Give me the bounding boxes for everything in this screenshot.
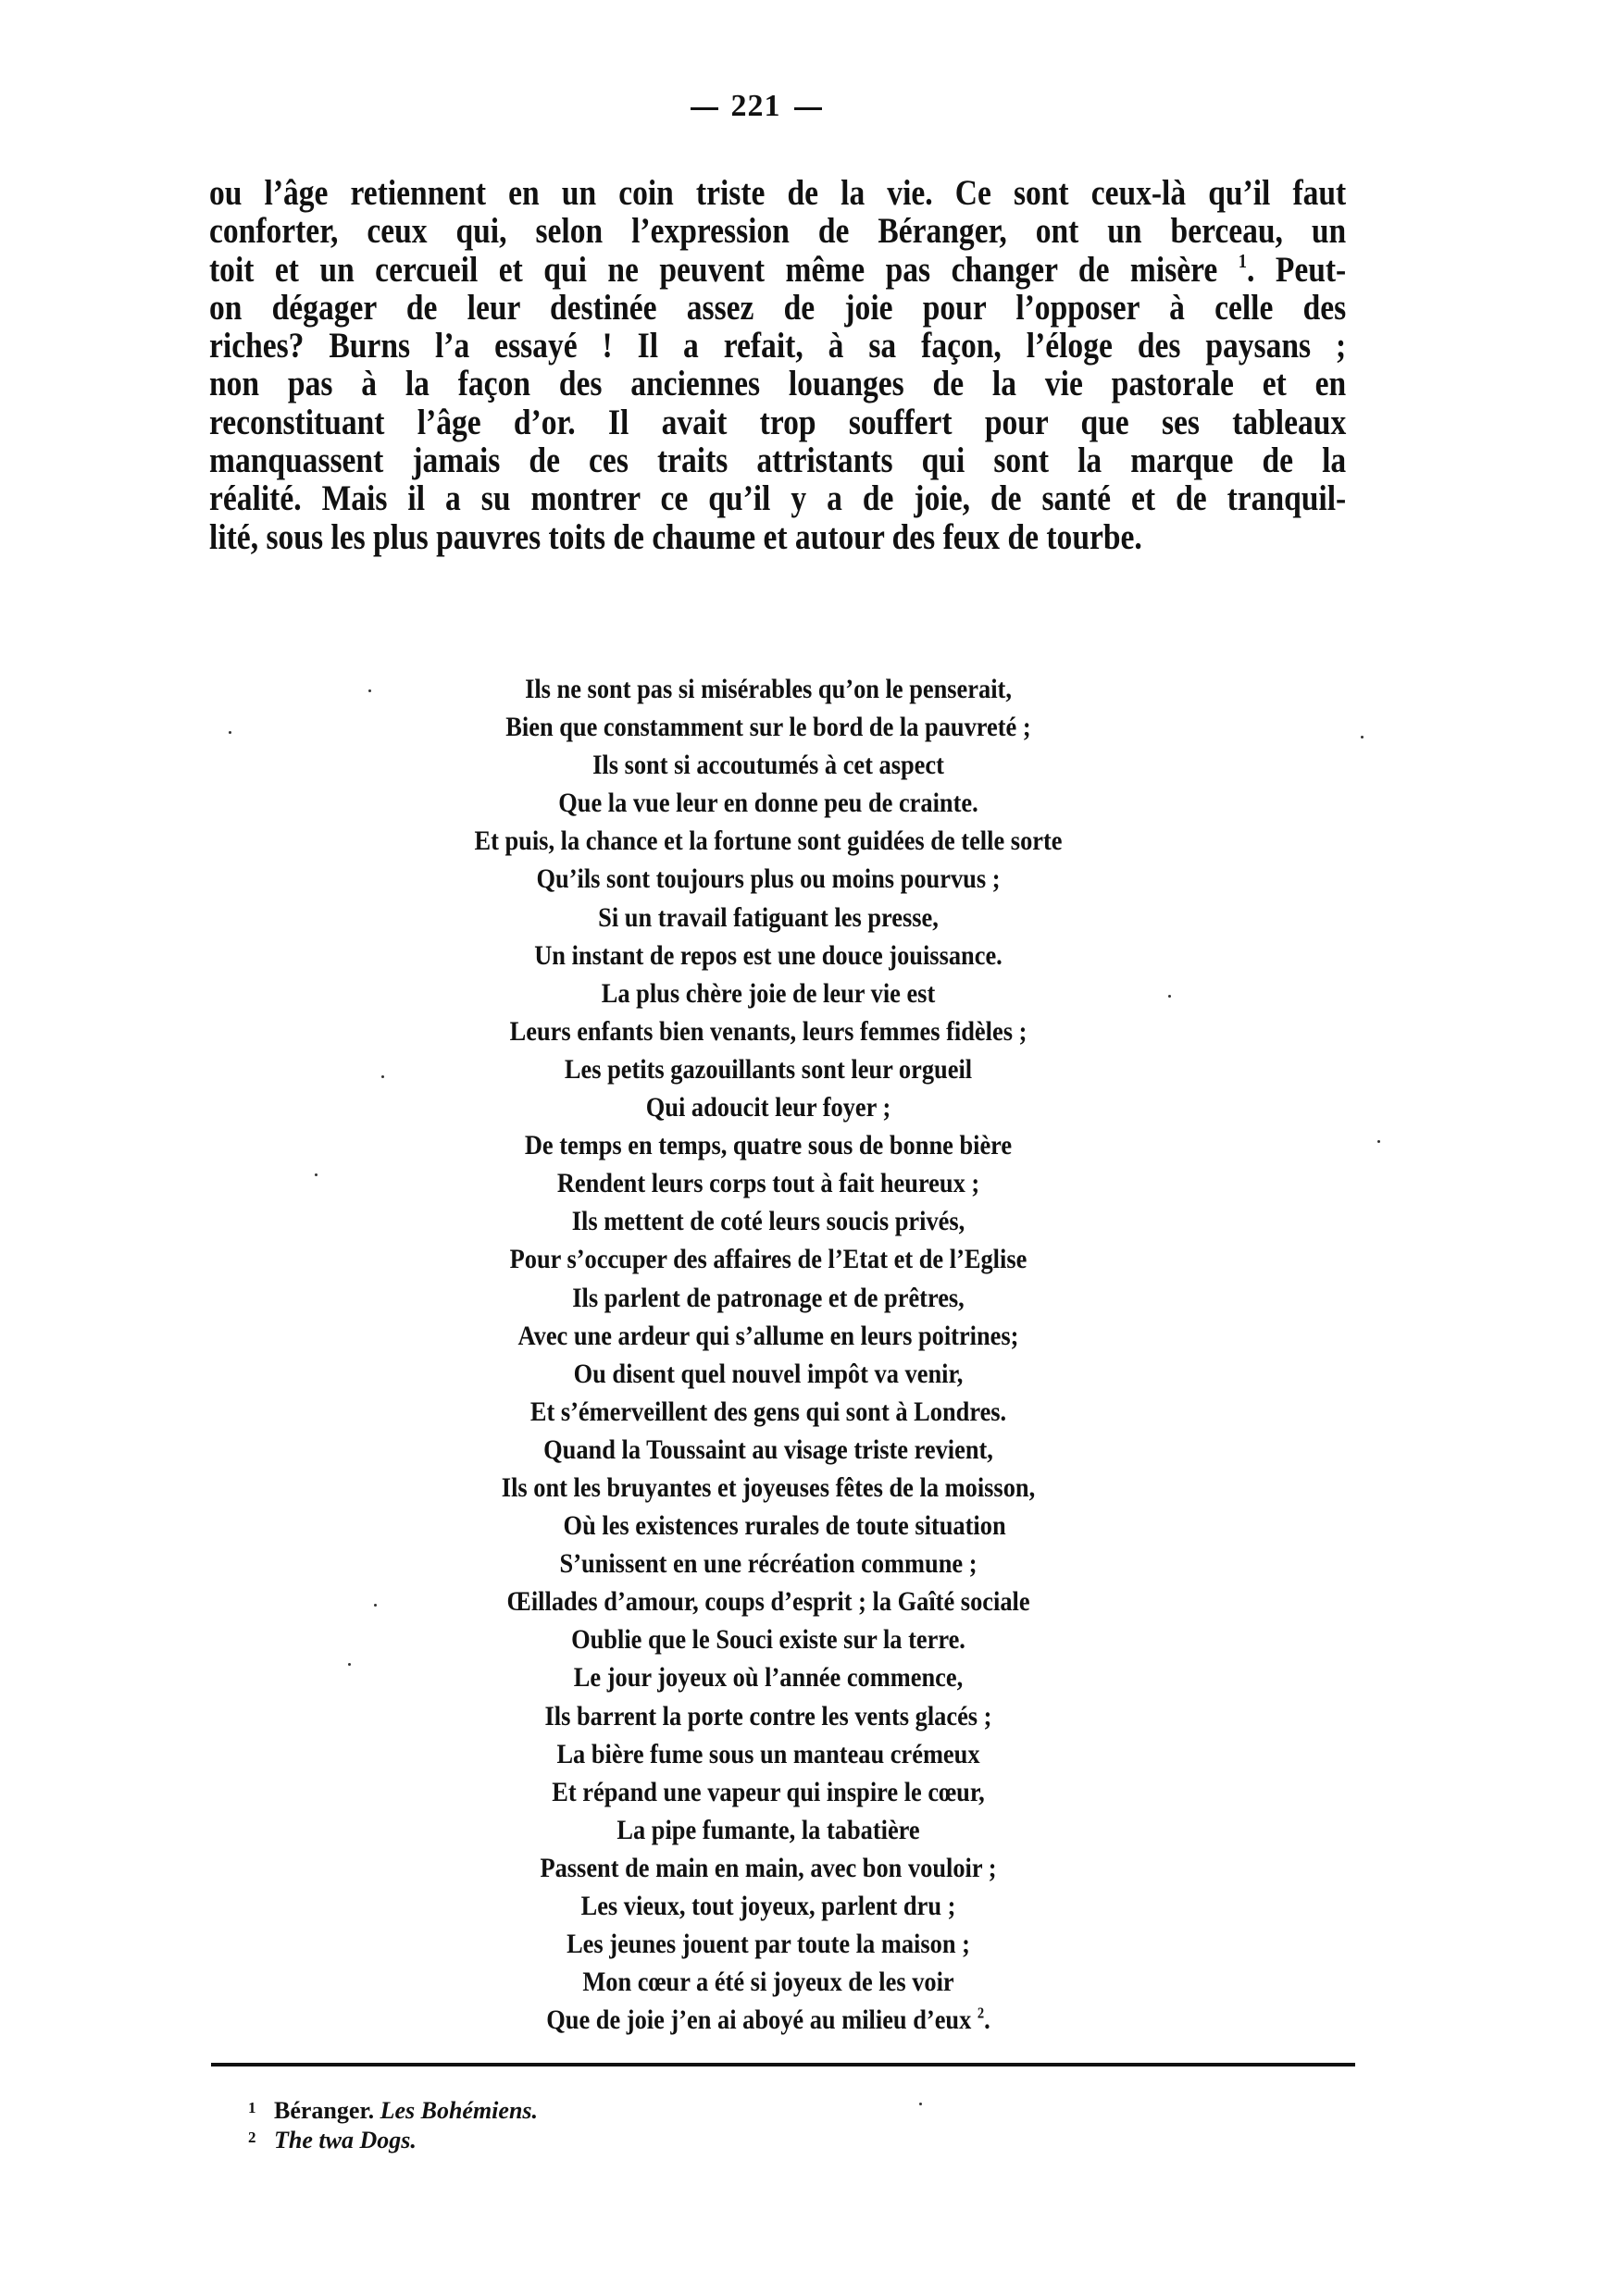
poem-line: Que de joie j’en ai aboyé au milieu d’eu… bbox=[361, 2001, 1176, 2039]
poem-line: Quand la Toussaint au visage triste revi… bbox=[361, 1431, 1176, 1469]
poem-line: Qu’ils sont toujours plus ou moins pourv… bbox=[361, 860, 1176, 898]
poem-line: Ils sont si accoutumés à cet aspect bbox=[361, 746, 1176, 784]
footnotes: 1Béranger. Les Bohémiens. 2The twa Dogs. bbox=[248, 2093, 1266, 2153]
paragraph-line-text: toit et un cercueil et qui ne peuvent mê… bbox=[209, 250, 1217, 290]
poem-line: Leurs enfants bien venants, leurs femmes… bbox=[361, 1012, 1176, 1050]
page-number: 221 bbox=[0, 89, 1565, 124]
footnote-title: Les Bohémiens. bbox=[380, 2097, 538, 2124]
poem-line: La plus chère joie de leur vie est bbox=[361, 974, 1176, 1012]
paragraph-line: lité, sous les plus pauvres toits de cha… bbox=[209, 518, 1346, 556]
poem-line: Si un travail fatiguant les presse, bbox=[361, 899, 1176, 937]
footnote-2: 2The twa Dogs. bbox=[248, 2123, 1266, 2153]
poem-line: Ils parlent de patronage et de prêtres, bbox=[361, 1279, 1176, 1317]
dash-left bbox=[691, 107, 718, 110]
paragraph-line-tail: . Peut- bbox=[1247, 250, 1346, 290]
scan-speck bbox=[1377, 1140, 1380, 1143]
poem-line: Et s’émerveillent des gens qui sont à Lo… bbox=[361, 1393, 1176, 1431]
poem-line: Ou disent quel nouvel impôt va venir, bbox=[361, 1355, 1176, 1393]
footnote-separator-rule bbox=[211, 2063, 1355, 2066]
poem-line: Un instant de repos est une douce jouiss… bbox=[361, 937, 1176, 974]
scan-speck bbox=[374, 1604, 377, 1607]
footnote-ref-2[interactable]: 2 bbox=[978, 2004, 984, 2022]
paragraph-line: non pas à la façon des anciennes louange… bbox=[209, 365, 1346, 403]
footnote-1: 1Béranger. Les Bohémiens. bbox=[248, 2093, 1266, 2123]
poem-line: Mon cœur a été si joyeux de les voir bbox=[361, 1963, 1176, 2001]
poem-line: Les jeunes jouent par toute la maison ; bbox=[361, 1925, 1176, 1963]
footnote-title: The twa Dogs. bbox=[274, 2127, 417, 2153]
scan-speck bbox=[1168, 995, 1171, 998]
poem-quotation: Ils ne sont pas si misérables qu’on le p… bbox=[305, 670, 1231, 2039]
paragraph-line: on dégager de leur destinée assez de joi… bbox=[209, 289, 1346, 327]
poem-line: Ils ne sont pas si misérables qu’on le p… bbox=[361, 670, 1176, 708]
poem-line: Oublie que le Souci existe sur la terre. bbox=[361, 1620, 1176, 1658]
poem-line: Les vieux, tout joyeux, parlent dru ; bbox=[361, 1887, 1176, 1925]
poem-line: S’unissent en une récréation commune ; bbox=[361, 1545, 1176, 1582]
footnote-marker: 2 bbox=[248, 2123, 274, 2153]
poem-line: Ils mettent de coté leurs soucis privés, bbox=[361, 1202, 1176, 1240]
poem-line: Et puis, la chance et la fortune sont gu… bbox=[361, 822, 1176, 860]
paragraph-line: réalité. Mais il a su montrer ce qu’il y… bbox=[209, 479, 1346, 517]
paragraph-line: riches? Burns l’a essayé ! Il a refait, … bbox=[209, 327, 1346, 365]
scan-speck bbox=[315, 1173, 318, 1176]
scan-speck bbox=[919, 2103, 922, 2105]
poem-line: La pipe fumante, la tabatière bbox=[361, 1811, 1176, 1849]
poem-line: Les petits gazouillants sont leur orguei… bbox=[361, 1050, 1176, 1088]
poem-line: Le jour joyeux où l’année commence, bbox=[361, 1658, 1176, 1696]
poem-line-tail: . bbox=[984, 2004, 990, 2035]
poem-line: Ils ont les bruyantes et joyeuses fêtes … bbox=[361, 1469, 1176, 1507]
poem-line: Et répand une vapeur qui inspire le cœur… bbox=[361, 1773, 1176, 1811]
poem-line: Ils barrent la porte contre les vents gl… bbox=[361, 1697, 1176, 1735]
scan-speck bbox=[348, 1663, 351, 1666]
dash-right bbox=[794, 107, 822, 110]
poem-line: Rendent leurs corps tout à fait heureux … bbox=[361, 1164, 1176, 1202]
poem-line: Pour s’occuper des affaires de l’Etat et… bbox=[361, 1240, 1176, 1278]
paragraph-line: reconstituant l’âge d’or. Il avait trop … bbox=[209, 403, 1346, 441]
poem-line: Avec une ardeur qui s’allume en leurs po… bbox=[361, 1317, 1176, 1355]
poem-line: Œillades d’amour, coups d’esprit ; la Ga… bbox=[361, 1582, 1176, 1620]
poem-line: La bière fume sous un manteau crémeux bbox=[361, 1735, 1176, 1773]
scan-speck bbox=[381, 1075, 384, 1078]
scan-speck bbox=[229, 731, 231, 734]
poem-line: Qui adoucit leur foyer ; bbox=[361, 1088, 1176, 1126]
poem-line: Bien que constamment sur le bord de la p… bbox=[361, 708, 1176, 746]
paragraph-line: manquassent jamais de ces traits attrist… bbox=[209, 441, 1346, 479]
poem-line-text: Que de joie j’en ai aboyé au milieu d’eu… bbox=[546, 2004, 971, 2035]
paragraph-line: conforter, ceux qui, selon l’expression … bbox=[209, 212, 1346, 250]
body-paragraph: ou l’âge retiennent en un coin triste de… bbox=[209, 174, 1346, 556]
scan-speck bbox=[368, 689, 371, 692]
paragraph-line: toit et un cercueil et qui ne peuvent mê… bbox=[209, 251, 1346, 289]
footnote-author: Béranger. bbox=[274, 2097, 374, 2124]
poem-line: De temps en temps, quatre sous de bonne … bbox=[361, 1126, 1176, 1164]
poem-line: Où les existences rurales de toute situa… bbox=[361, 1507, 1176, 1545]
poem-line: Passent de main en main, avec bon vouloi… bbox=[361, 1849, 1176, 1887]
footnote-marker: 1 bbox=[248, 2093, 274, 2123]
scan-speck bbox=[1361, 736, 1364, 738]
paragraph-line: ou l’âge retiennent en un coin triste de… bbox=[209, 174, 1346, 212]
page-number-value: 221 bbox=[731, 89, 781, 123]
poem-line: Que la vue leur en donne peu de crainte. bbox=[361, 784, 1176, 822]
